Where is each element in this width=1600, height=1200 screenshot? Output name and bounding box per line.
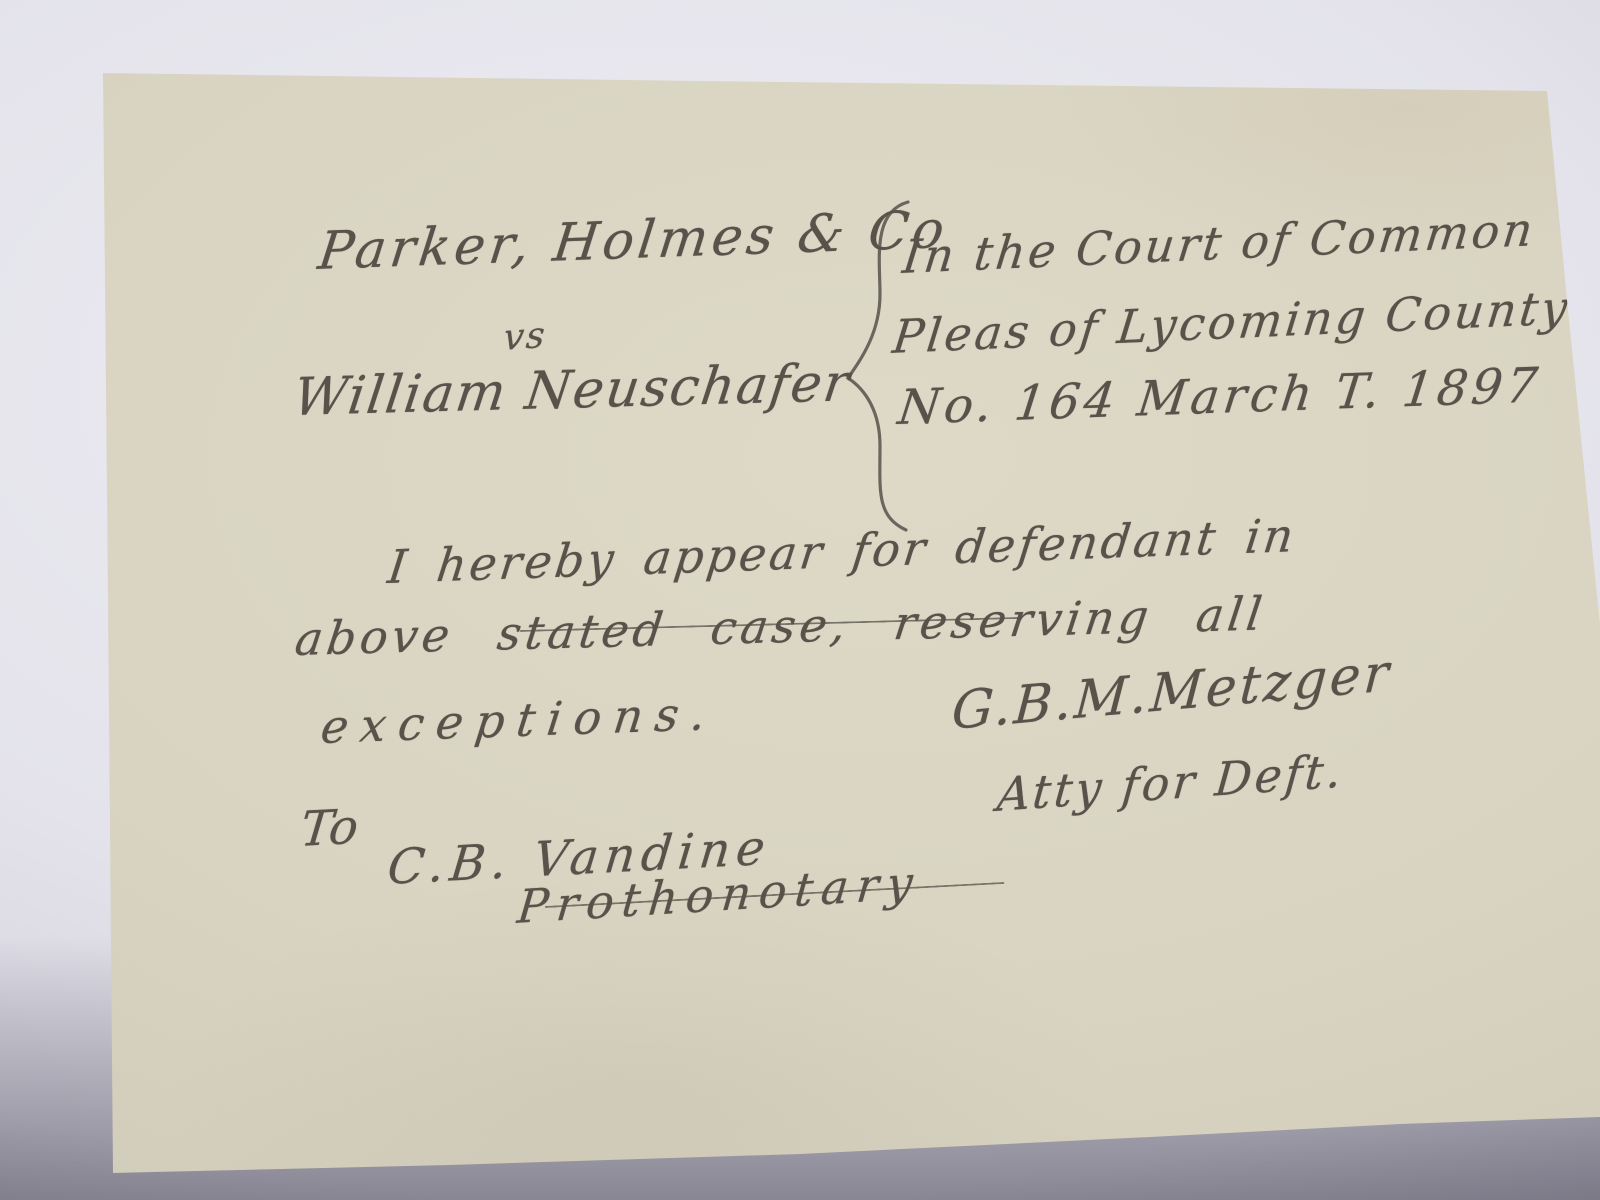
court-line-2: Pleas of Lycoming County xyxy=(890,280,1573,364)
attorney-title: Atty for Deft. xyxy=(995,743,1346,822)
attorney-signature: G.B.M.Metzger xyxy=(950,643,1394,742)
photo-backdrop: Parker, Holmes & Co vs William Neuschafe… xyxy=(0,0,1600,1200)
document-paper: Parker, Holmes & Co vs William Neuschafe… xyxy=(0,0,1600,1200)
docket-line: No. 164 March T. 1897 xyxy=(895,357,1544,436)
court-line-1: In the Court of Common xyxy=(900,202,1538,284)
body-line-3: exceptions. xyxy=(318,686,721,754)
defendant-name: William Neuschafer xyxy=(290,353,855,428)
versus-label: vs xyxy=(502,315,548,359)
addressee-to-label: To xyxy=(298,799,361,858)
body-line-2: above stated case, reserving all xyxy=(292,586,1269,666)
